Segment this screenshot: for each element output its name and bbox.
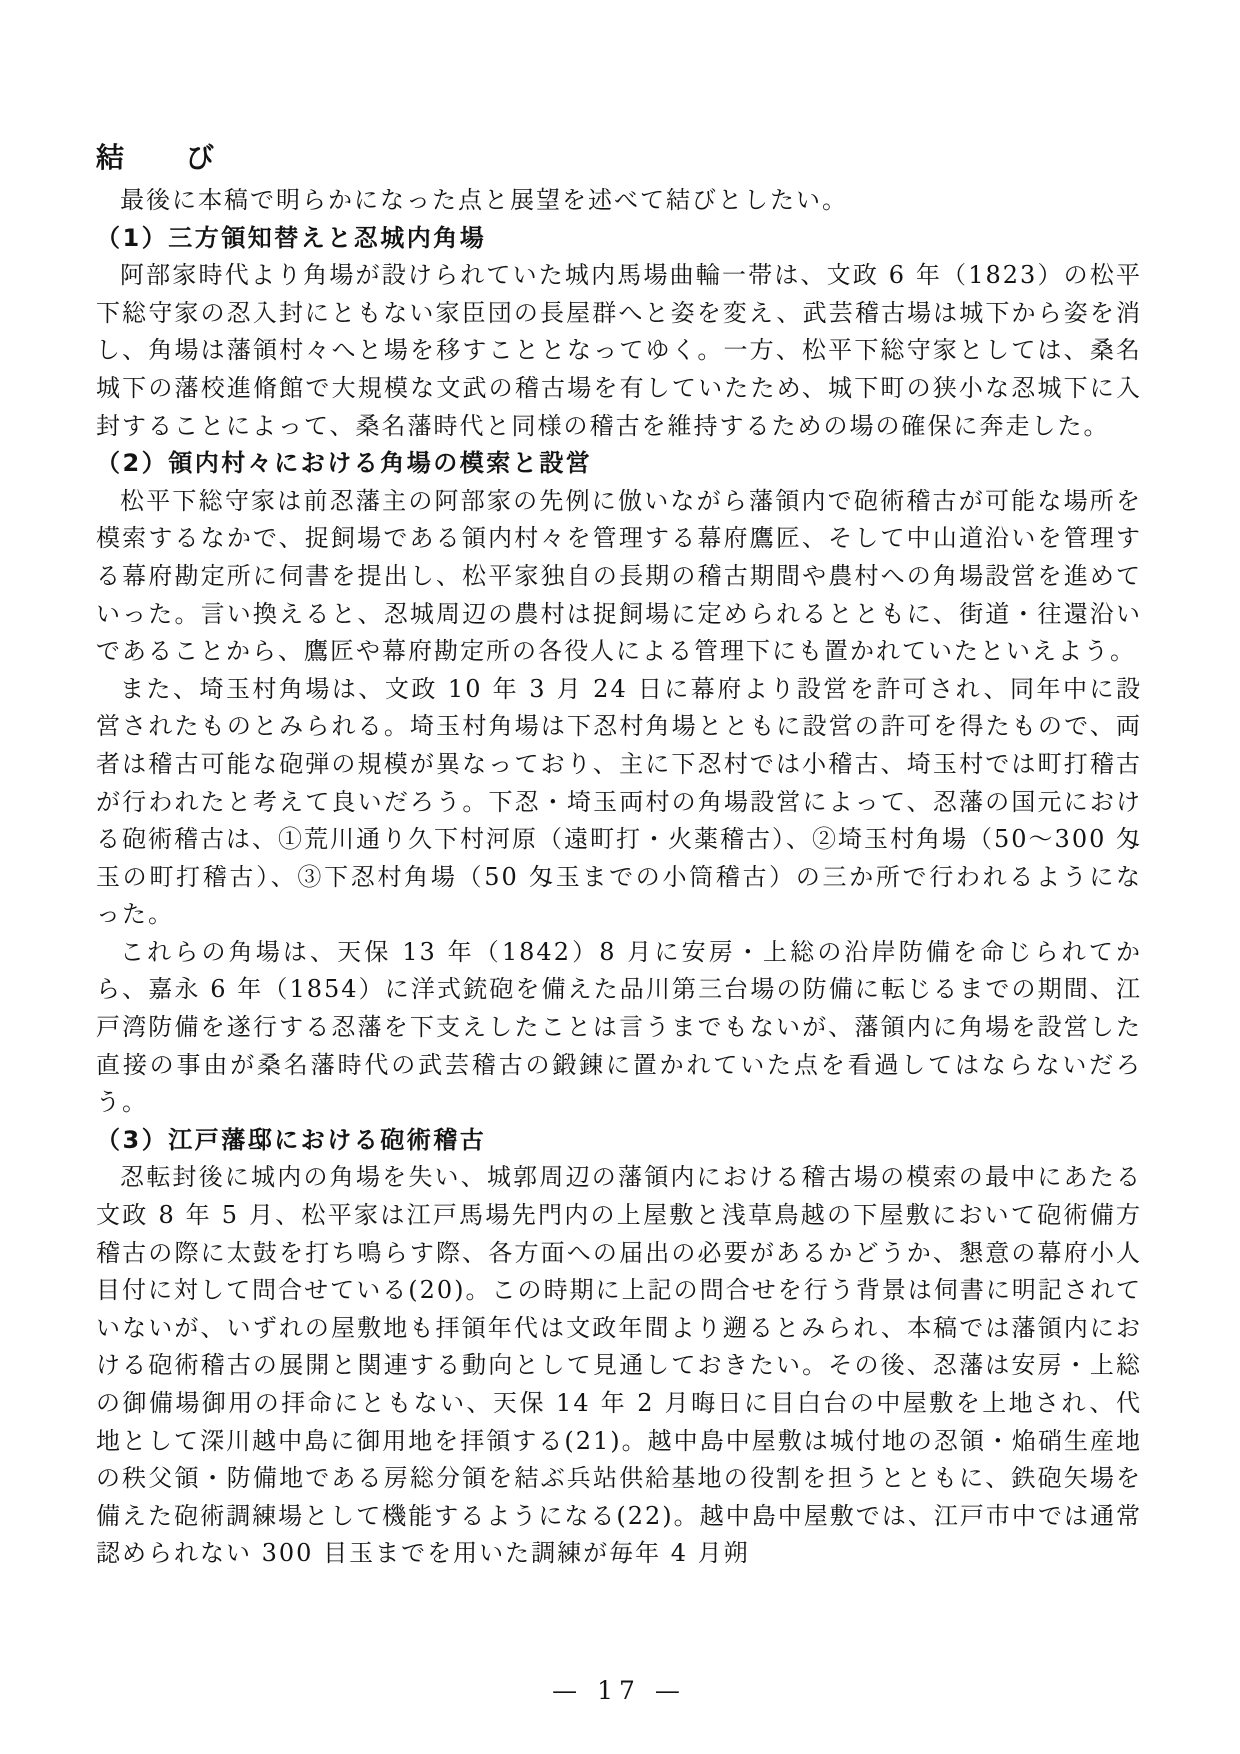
intro-paragraph: 最後に本稿で明らかになった点と展望を述べて結びとしたい。 (96, 182, 1142, 220)
document-page: 結 び 最後に本稿で明らかになった点と展望を述べて結びとしたい。 （1）三方領知… (0, 0, 1240, 1754)
section-3-paragraph: 忍転封後に城内の角場を失い、城郭周辺の藩領内における稽古場の模索の最中にあたる文… (96, 1159, 1142, 1573)
section-2-heading: （2）領内村々における角場の模索と設営 (96, 445, 1142, 483)
document-title: 結 び (96, 138, 1142, 178)
section-2-paragraph-3: これらの角場は、天保 13 年（1842）8 月に安房・上総の沿岸防備を命じられ… (96, 934, 1142, 1122)
section-2-paragraph-2: また、埼玉村角場は、文政 10 年 3 月 24 日に幕府より設営を許可され、同… (96, 671, 1142, 934)
section-1-paragraph: 阿部家時代より角場が設けられていた城内馬場曲輪一帯は、文政 6 年（1823）の… (96, 257, 1142, 445)
page-number: — 17 — (96, 1676, 1142, 1705)
section-2-paragraph-1: 松平下総守家は前忍藩主の阿部家の先例に倣いながら藩領内で砲術稽古が可能な場所を模… (96, 483, 1142, 671)
section-3-heading: （3）江戸藩邸における砲術稽古 (96, 1122, 1142, 1160)
document-body: 結 び 最後に本稿で明らかになった点と展望を述べて結びとしたい。 （1）三方領知… (96, 138, 1142, 1573)
section-1-heading: （1）三方領知替えと忍城内角場 (96, 220, 1142, 258)
